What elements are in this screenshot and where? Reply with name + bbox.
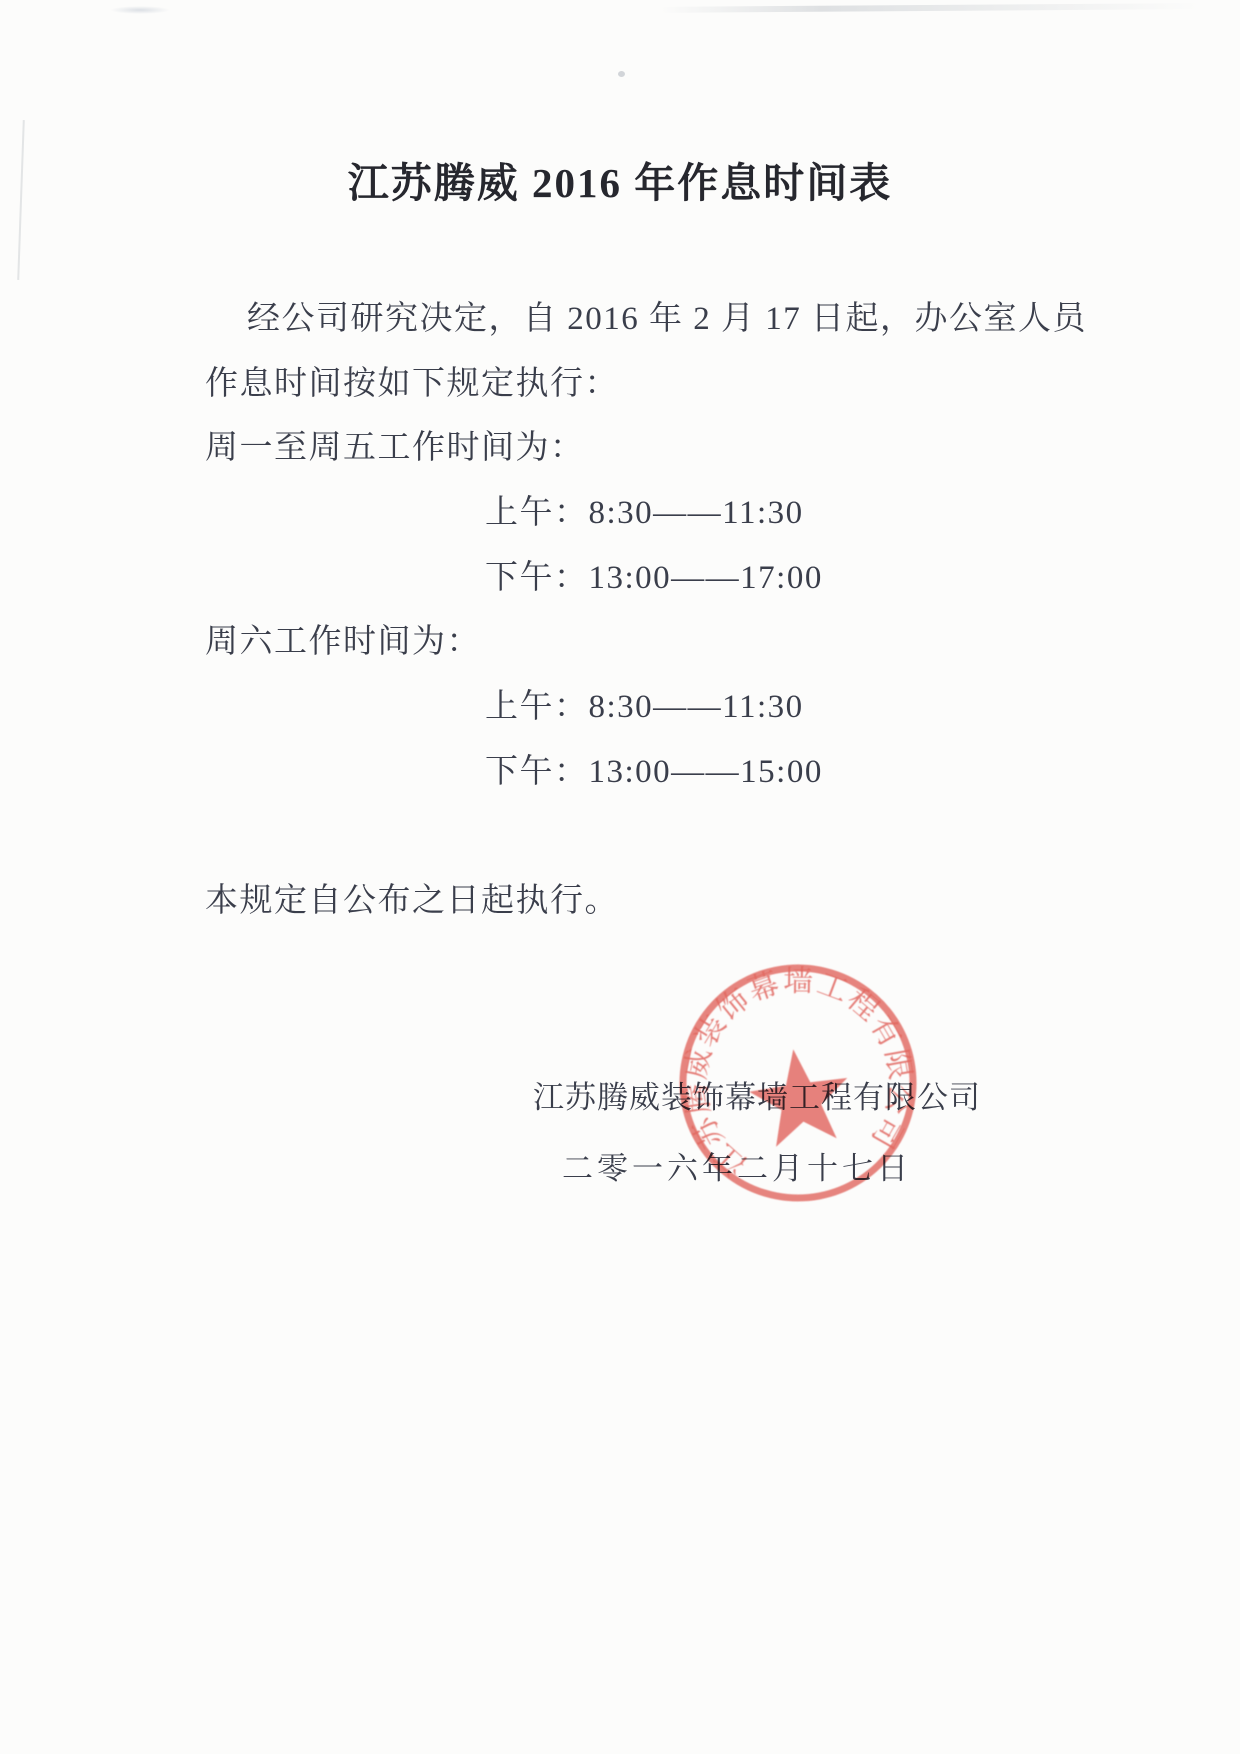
scan-artifact-top-streak [660, 3, 1200, 13]
saturday-schedule-heading: 周六工作时间为： [205, 610, 1075, 675]
weekday-schedule-heading: 周一至周五工作时间为： [205, 416, 1075, 481]
saturday-afternoon-hours: 下午：13:00——15:00 [205, 740, 1075, 805]
intro-line-2: 作息时间按如下规定执行： [205, 352, 1075, 417]
intro-line-1: 经公司研究决定，自 2016 年 2 月 17 日起，办公室人员 [205, 287, 1075, 352]
weekday-afternoon-hours: 下午：13:00——17:00 [205, 546, 1075, 611]
scan-artifact-top-speck [110, 6, 170, 14]
scanned-document: { "colors": { "paper": "#fcfcfb", "text"… [0, 0, 1240, 1754]
blank-line [205, 805, 1075, 870]
seal-star-icon [744, 1042, 855, 1149]
saturday-morning-hours: 上午：8:30——11:30 [205, 675, 1075, 740]
scan-artifact-dot [618, 71, 625, 77]
document-title: 江苏腾威 2016 年作息时间表 [0, 150, 1240, 209]
effective-note: 本规定自公布之日起执行。 [205, 869, 1075, 934]
document-body: 经公司研究决定，自 2016 年 2 月 17 日起，办公室人员 作息时间按如下… [205, 287, 1075, 934]
company-seal-stamp: 江苏腾威装饰幕墙工程有限公司 [629, 914, 968, 1253]
weekday-morning-hours: 上午：8:30——11:30 [205, 481, 1075, 546]
